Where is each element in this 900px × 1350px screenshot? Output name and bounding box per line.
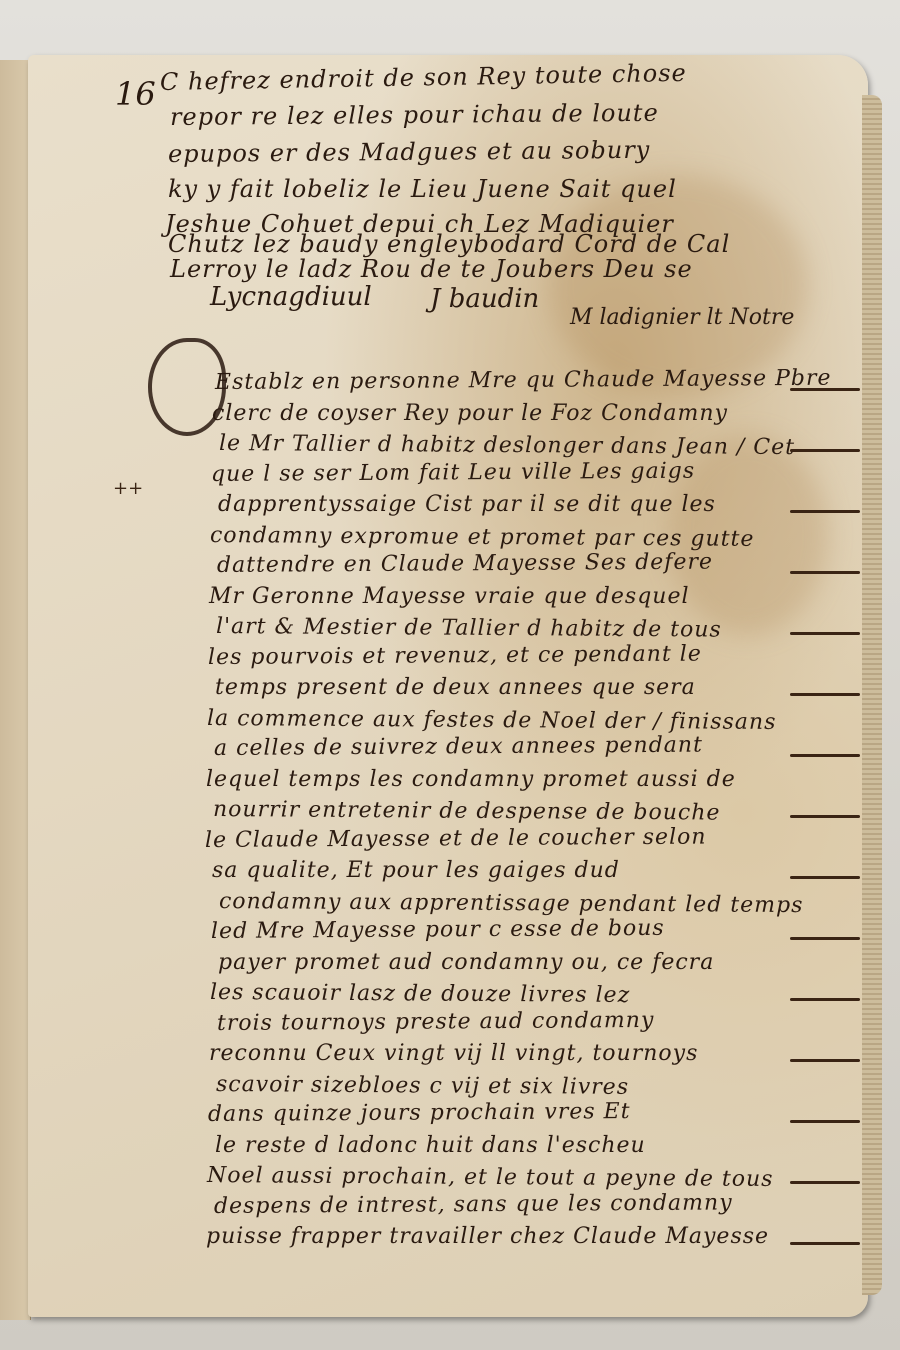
text-line: Noel aussi prochain, et le tout a peyne … xyxy=(207,1163,774,1192)
text-line: condamny aux apprentissage pendant led t… xyxy=(219,889,804,918)
text-line: led Mre Mayesse pour c esse de bous xyxy=(211,916,665,944)
page-fore-edge xyxy=(862,95,882,1295)
text-line: temps present de deux annees que sera xyxy=(215,675,696,700)
text-line: dattendre en Claude Mayesse Ses defere xyxy=(217,550,713,578)
text-line: reconnu Ceux vingt vij ll vingt, tournoy… xyxy=(209,1041,698,1066)
line-filler-stroke xyxy=(790,876,860,879)
water-stain xyxy=(548,175,808,395)
line-filler-stroke xyxy=(790,388,860,391)
margin-mark: ++ xyxy=(113,478,143,499)
line-filler-stroke xyxy=(790,815,860,818)
line-filler-stroke xyxy=(790,693,860,696)
line-filler-stroke xyxy=(790,998,860,1001)
signature: J baudin xyxy=(430,284,539,314)
text-line: nourrir entretenir de despense de bouche xyxy=(213,797,721,826)
text-line: scavoir sizebloes c vij et six livres xyxy=(216,1072,629,1100)
text-line: que l se ser Lom fait Leu ville Les gaig… xyxy=(211,458,695,486)
text-line: Mr Geronne Mayesse vraie que desquel xyxy=(209,584,690,609)
text-line: Lerroy le ladz Rou de te Joubers Deu se xyxy=(170,255,693,283)
line-filler-stroke xyxy=(790,571,860,574)
text-line: la commence aux festes de Noel der / fin… xyxy=(207,706,777,735)
line-filler-stroke xyxy=(790,1120,860,1123)
text-line: puisse frapper travailler chez Claude Ma… xyxy=(206,1224,769,1249)
text-line: le Mr Tallier d habitz deslonger dans Je… xyxy=(219,431,795,460)
text-line: Chutz lez baudy engleybodard Cord de Cal xyxy=(168,230,730,258)
text-line: Establz en personne Mre qu Chaude Mayess… xyxy=(215,366,832,395)
text-line: condamny expromue et promet par ces gutt… xyxy=(210,523,755,552)
text-line: payer promet aud condamny ou, ce fecra xyxy=(218,950,714,975)
line-filler-stroke xyxy=(790,1242,860,1245)
text-line: epupos er des Madgues et au sobury xyxy=(168,136,651,168)
text-line: despens de intrest, sans que les condamn… xyxy=(214,1190,733,1219)
line-filler-stroke xyxy=(790,449,860,452)
text-line: ky y fait lobeliz le Lieu Juene Sait que… xyxy=(168,175,677,203)
text-line: l'art & Mestier de Tallier d habitz de t… xyxy=(216,614,722,643)
text-line: le Claude Mayesse et de le coucher selon xyxy=(205,824,707,853)
previous-page-edge xyxy=(0,60,31,1320)
text-line: clerc de coyser Rey pour le Foz Condamny xyxy=(212,401,728,426)
line-filler-stroke xyxy=(790,632,860,635)
text-line: les pourvois et revenuz, et ce pendant l… xyxy=(208,641,702,669)
line-filler-stroke xyxy=(790,754,860,757)
line-filler-stroke xyxy=(790,937,860,940)
text-line: sa qualite, Et pour les gaiges dud xyxy=(212,858,620,883)
text-line: dapprentyssaige Cist par il se dit que l… xyxy=(218,492,716,517)
text-line: trois tournoys preste aud condamny xyxy=(217,1007,655,1035)
text-line: le reste d ladonc huit dans l'escheu xyxy=(215,1133,646,1158)
line-filler-stroke xyxy=(790,1181,860,1184)
text-line: repor re lez elles pour ichau de loute xyxy=(170,99,659,131)
text-line: les scauoir lasz de douze livres lez xyxy=(210,980,630,1008)
signature: M ladignier lt Notre xyxy=(570,305,794,330)
text-line: a celles de suivrez deux annees pendant xyxy=(214,733,703,761)
text-line: lequel temps les condamny promet aussi d… xyxy=(206,767,736,792)
line-filler-stroke xyxy=(790,510,860,513)
line-filler-stroke xyxy=(790,1059,860,1062)
text-line: dans quinze jours prochain vres Et xyxy=(208,1099,631,1127)
signature: Lycnagdiuul xyxy=(210,282,372,312)
folio-number: 16 xyxy=(115,75,156,113)
